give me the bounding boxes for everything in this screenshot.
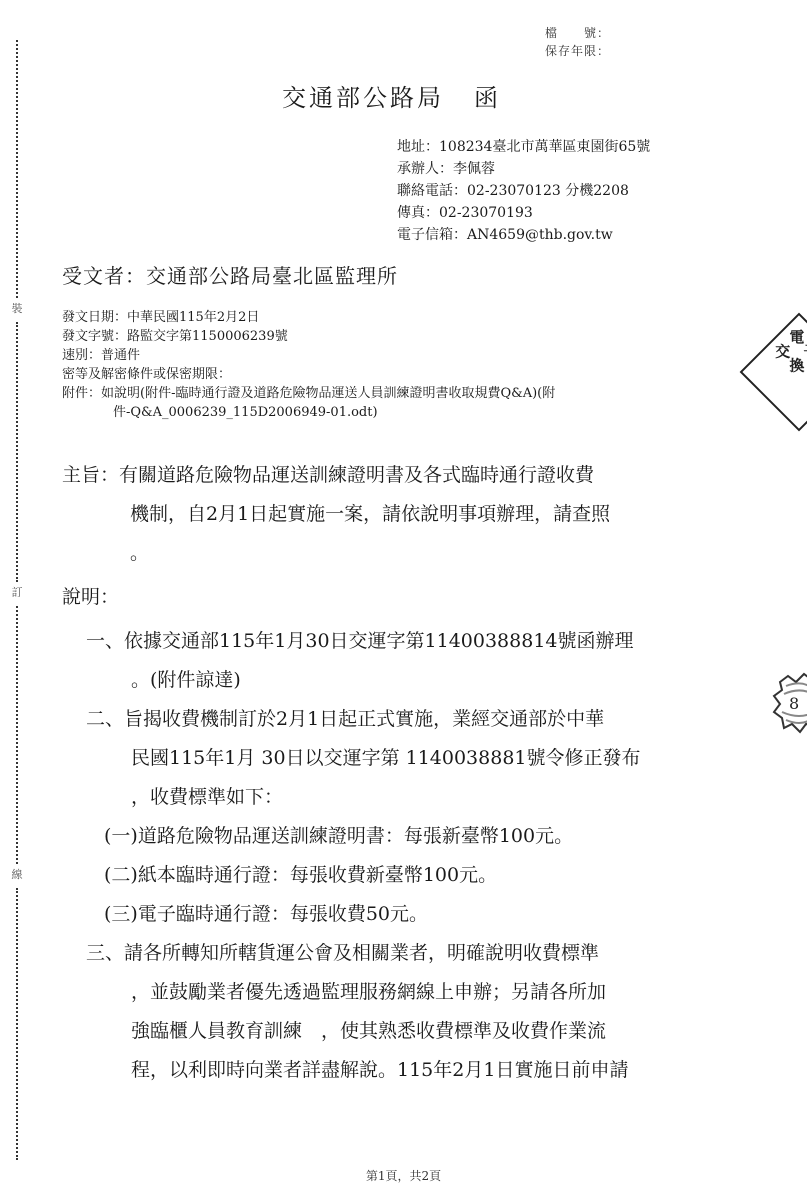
- binding-mark-zhuang: 裝: [10, 300, 24, 316]
- item-2-line-2: 民國115年1月 30日以交運字第 1140038881號令修正發布: [86, 739, 641, 778]
- issue-date: 發文日期：中華民國115年2月2日: [62, 308, 555, 327]
- classification: 密等及解密條件或保密期限：: [62, 365, 555, 384]
- binding-mark-ding: 訂: [10, 584, 24, 600]
- attachment-line-2: 件-Q&A_0006239_115D2006949-01.odt): [62, 403, 555, 422]
- page-footer: 第1頁，共2頁: [0, 1167, 807, 1184]
- retention-label: 保存年限：: [545, 42, 610, 60]
- item-1-line-1: 一、依據交通部115年1月30日交運字第11400388814號函辦理: [86, 622, 641, 661]
- page-seal: 8: [772, 672, 807, 734]
- item-3-line-1: 三、請各所轉知所轄貨運公會及相關業者，明確說明收費標準: [86, 934, 641, 973]
- document-page: 裝 訂 線 檔 號： 保存年限： 交通部公路局函 地址：108234臺北市萬華區…: [0, 0, 807, 1200]
- file-meta: 檔 號： 保存年限：: [545, 24, 610, 60]
- contact-email: 電子信箱：AN4659@thb.gov.tw: [397, 224, 650, 246]
- fee-item-1: (一)道路危險物品運送訓練證明書：每張新臺幣100元。: [86, 817, 641, 856]
- binding-mark-xian: 線: [10, 866, 24, 882]
- fee-item-2: (二)紙本臨時通行證：每張收費新臺幣100元。: [86, 856, 641, 895]
- item-3-line-3: 強臨櫃人員教育訓練 ，使其熟悉收費標準及收費作業流: [86, 1012, 641, 1051]
- contact-address: 地址：108234臺北市萬華區東園街65號: [397, 136, 650, 158]
- binding-line-mid2: [16, 606, 18, 864]
- item-3-line-4: 程，以利即時向業者詳盡解說。115年2月1日實施日前申請: [86, 1051, 641, 1090]
- priority: 速別：普通件: [62, 346, 555, 365]
- document-number: 發文字號：路監交字第1150006239號: [62, 327, 555, 346]
- binding-line-mid1: [16, 322, 18, 582]
- item-1-line-2: 。(附件諒達): [86, 661, 641, 700]
- contact-officer: 承辦人：李佩蓉: [397, 158, 650, 180]
- binding-line-top: [16, 40, 18, 298]
- attachment-line-1: 附件：如說明(附件-臨時通行證及道路危險物品運送人員訓練證明書收取規費Q&A)(…: [62, 384, 555, 403]
- contact-block: 地址：108234臺北市萬華區東園街65號 承辦人：李佩蓉 聯絡電話：02-23…: [397, 136, 650, 246]
- file-number-label: 檔 號：: [545, 24, 610, 42]
- subject: 主旨：有關道路危險物品運送訓練證明書及各式臨時通行證收費 機制，自2月1日起實施…: [62, 456, 610, 573]
- item-2-line-3: ，收費標準如下：: [86, 778, 641, 817]
- fee-item-3: (三)電子臨時通行證：每張收費50元。: [86, 895, 641, 934]
- seal-number: 8: [789, 694, 799, 713]
- binding-line-bottom: [16, 888, 18, 1160]
- contact-phone: 聯絡電話：02-23070123 分機2208: [397, 180, 650, 202]
- recipient: 受文者：交通部公路局臺北區監理所: [62, 260, 398, 289]
- electronic-exchange-seal: 電 子 交 換: [740, 313, 807, 432]
- description-items: 一、依據交通部115年1月30日交運字第11400388814號函辦理 。(附件…: [86, 622, 641, 1090]
- description-heading: 說明：: [62, 582, 119, 609]
- item-2-line-1: 二、旨揭收費機制訂於2月1日起正式實施，業經交通部於中華: [86, 700, 641, 739]
- document-meta: 發文日期：中華民國115年2月2日 發文字號：路監交字第1150006239號 …: [62, 308, 555, 422]
- agency-name: 交通部公路局: [282, 84, 444, 112]
- subject-line-3: 。: [62, 534, 610, 573]
- item-3-line-2: ，並鼓勵業者優先透過監理服務網線上申辦；另請各所加: [86, 973, 641, 1012]
- subject-line-2: 機制，自2月1日起實施一案，請依說明事項辦理，請查照: [62, 495, 610, 534]
- subject-line-1: 主旨：有關道路危險物品運送訓練證明書及各式臨時通行證收費: [62, 456, 610, 495]
- document-type: 函: [474, 84, 501, 112]
- document-title: 交通部公路局函: [282, 78, 501, 113]
- contact-fax: 傳真：02-23070193: [397, 202, 650, 224]
